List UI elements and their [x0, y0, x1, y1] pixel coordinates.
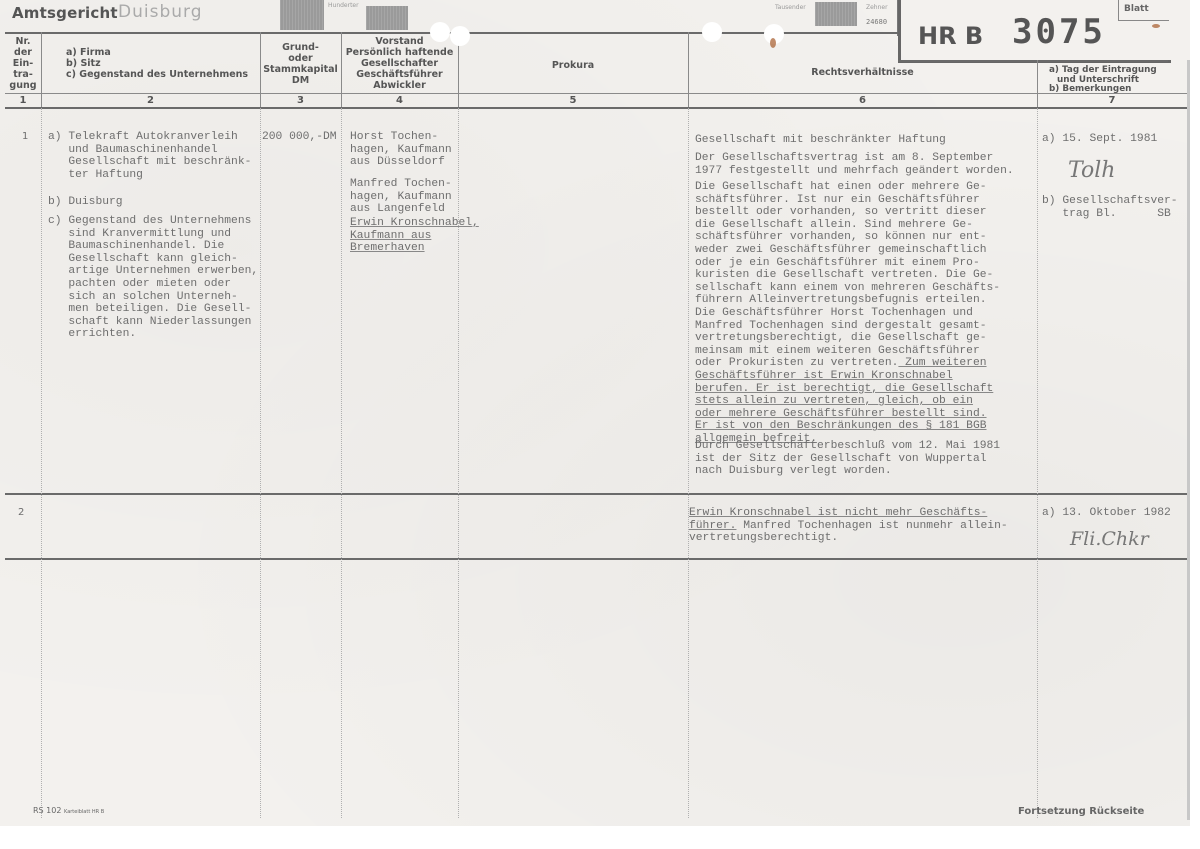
col-number-7: 7: [1037, 95, 1187, 106]
header-line: Geschäftsführer: [341, 69, 458, 80]
vertretung-text: Die Gesellschaft hat einen oder mehrere …: [695, 181, 1000, 369]
punch-hole: [702, 22, 722, 42]
col-number-2: 2: [41, 95, 260, 106]
col-guide: [688, 108, 689, 818]
header-line: gung: [5, 80, 41, 91]
header-line: Rechtsverhältnisse: [688, 67, 1037, 78]
entry-1-vertretung: Die Gesellschaft hat einen oder mehrere …: [695, 181, 1000, 445]
header-divider: [5, 93, 1188, 94]
header-line: Grund-: [260, 42, 341, 53]
tab-digits: 24680: [866, 18, 887, 26]
header-line: Abwickler: [341, 80, 458, 91]
entry-1-rechtsform: Gesellschaft mit beschränkter Haftung: [695, 134, 946, 147]
header-line: Stammkapital: [260, 64, 341, 75]
entry-2-signature: Fli.Chkr: [1070, 528, 1149, 550]
header-line: a) Firma: [66, 47, 248, 58]
header-col-1: Nr. der Ein- tra- gung: [5, 36, 41, 91]
entry-1-sitzverlegung: Durch Gesellschafterbeschluß vom 12. Mai…: [695, 440, 1000, 478]
entry-1-bemerkungen: b) Gesellschaftsver- trag Bl. SB: [1042, 195, 1178, 220]
punch-hole: [430, 22, 450, 42]
rust-stain: [770, 38, 776, 48]
header-line: Ein-: [5, 58, 41, 69]
header-line: b) Sitz: [66, 58, 248, 69]
header-line: Prokura: [458, 60, 688, 71]
entry-1-firma: a) Telekraft Autokranverleih und Baumasc…: [48, 131, 251, 181]
form-code: RS 102 Karteiblatt HR B: [33, 806, 104, 815]
col-number-3: 3: [260, 95, 341, 106]
col-guide: [341, 108, 342, 818]
entry-2-rechtsverhaeltnisse: Erwin Kronschnabel ist nicht mehr Geschä…: [689, 507, 1008, 545]
form-name: Karteiblatt HR B: [64, 809, 104, 815]
index-tab-hunderter: [280, 0, 324, 30]
col-number-5: 5: [458, 95, 688, 106]
entry-1-vorstand-3: Erwin Kronschnabel, Kaufmann aus Bremerh…: [350, 217, 479, 255]
sheet-label: Blatt: [1124, 4, 1149, 14]
header-col-7: a) Tag der Eintragung und Unterschrift b…: [1049, 66, 1157, 95]
entry-2-tag: a) 13. Oktober 1982: [1042, 507, 1171, 520]
tab-label-zehner: Zehner: [866, 4, 888, 11]
header-col-2: a) Firma b) Sitz c) Gegenstand des Unter…: [66, 47, 248, 80]
entry-2-number: 2: [18, 507, 24, 520]
col-guide: [260, 108, 261, 818]
entry-2-bottom-line: [5, 558, 1188, 560]
header-line: Nr.: [5, 36, 41, 47]
entry-1-sitz: b) Duisburg: [48, 196, 123, 209]
entry-1-vertrag: Der Gesellschaftsvertrag ist am 8. Septe…: [695, 152, 1014, 177]
header-line: Gesellschafter: [341, 58, 458, 69]
header-line: DM: [260, 75, 341, 86]
entry-1-vorstand-1: Horst Tochen- hagen, Kaufmann aus Düssel…: [350, 131, 452, 169]
entry-1-signature: Tolh: [1068, 158, 1115, 183]
header-line: Persönlich haftende: [341, 47, 458, 58]
col-guide: [458, 108, 459, 818]
table-top-line-right: [898, 60, 1168, 62]
entry-1-tag: a) 15. Sept. 1981: [1042, 133, 1157, 146]
index-tab-2: [366, 6, 408, 30]
entry-1-bottom-line: [5, 493, 1188, 495]
header-col-3: Grund- oder Stammkapital DM: [260, 42, 341, 86]
entry-1-number: 1: [22, 131, 28, 144]
continuation-note: Fortsetzung Rückseite: [1018, 806, 1144, 817]
register-sheet: Amtsgericht Duisburg Hunderter Tausender…: [0, 0, 1190, 826]
tab-label-hunderter: Hunderter: [328, 2, 359, 9]
col-guide: [1037, 108, 1038, 818]
form-code-text: RS 102: [33, 806, 61, 815]
rust-stain: [1152, 24, 1160, 28]
col-number-6: 6: [688, 95, 1037, 106]
vertretung-text-underlined: Zum weiteren Geschäftsführer ist Erwin K…: [695, 357, 993, 445]
header-line: oder: [260, 53, 341, 64]
header-line: c) Gegenstand des Unternehmens: [66, 69, 248, 80]
tab-label-tausender: Tausender: [775, 4, 806, 11]
register-type: HR B: [918, 22, 983, 50]
sheet-right-edge: [1187, 60, 1190, 820]
entry-1-gegenstand: c) Gegenstand des Unternehmens sind Kran…: [48, 215, 258, 341]
header-line: tra-: [5, 69, 41, 80]
court-label: Amtsgericht: [12, 4, 118, 22]
col-number-4: 4: [341, 95, 458, 106]
header-col-6: Rechtsverhältnisse: [688, 67, 1037, 78]
entry-1-kapital: 200 000,-DM: [262, 131, 337, 144]
header-col-4: Vorstand Persönlich haftende Gesellschaf…: [341, 36, 458, 91]
entry-2-text: Manfred Tochenhagen ist nunmehr allein- …: [689, 520, 1008, 545]
punch-hole: [450, 26, 470, 46]
header-line: der: [5, 47, 41, 58]
col-guide: [41, 108, 42, 818]
col-number-1: 1: [5, 95, 41, 106]
entry-1-vorstand-2: Manfred Tochen- hagen, Kaufmann aus Lang…: [350, 178, 452, 216]
index-tab-tausender: [815, 2, 857, 26]
header-col-5: Prokura: [458, 60, 688, 71]
header-line: b) Bemerkungen: [1049, 85, 1157, 95]
header-bottom-line: [5, 107, 1188, 109]
court-city: Duisburg: [118, 2, 203, 22]
register-number: 3075: [1012, 12, 1106, 52]
